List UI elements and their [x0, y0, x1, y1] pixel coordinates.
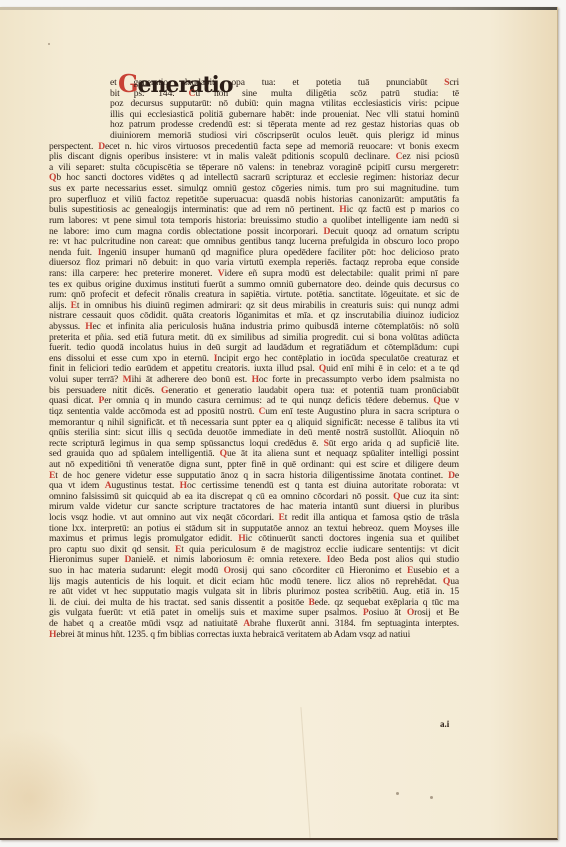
text-line: et generatio laudabit opa tua: et poteti… — [110, 78, 459, 89]
text-line: re aūt videt vt hec supputatio magis vul… — [49, 587, 459, 598]
rubricated-capital: Q — [433, 396, 440, 406]
text-run: tes ex quibus origine duximus instituti … — [49, 280, 459, 290]
text-run: usebio et a — [413, 566, 459, 576]
text-run: suo in hac materia sudarunt: elegit modū — [49, 566, 224, 576]
text-run: finit in feliciori tedio earūdem et appe… — [49, 364, 319, 374]
text-line: preterita et pñia. sed etiā futura metit… — [49, 333, 459, 344]
rubricated-capital: Q — [220, 449, 227, 459]
text-run: alijs. — [49, 301, 71, 311]
text-run: locis vsqz hodie. vt aut omnino aut vix … — [49, 513, 278, 523]
text-run: poz decursus supputarūt: nō dubiū: quin … — [110, 99, 459, 109]
text-line: suo in hac materia sudarunt: elegit modū… — [49, 566, 459, 577]
rubricated-capital: H — [85, 322, 92, 332]
text-run: ecuit quoqz ad ornatum scriptu — [330, 227, 459, 237]
rubricated-capital: H — [238, 534, 245, 544]
text-run: ne labore: imo cum magna cordis oblectat… — [49, 227, 324, 237]
text-run: ūt ergo arida q ad supficiē lite. — [329, 439, 459, 449]
text-run: b hoc sancti doctores vidētes q ad intel… — [56, 173, 459, 183]
text-run: et generatio laudabit opa tua: et poteti… — [110, 78, 444, 88]
text-line: finit in feliciori tedio earūdem et appe… — [49, 364, 459, 375]
text-run: illis qui ecclesiasticā politiā gubernar… — [110, 110, 459, 120]
text-run: qua vt idem — [49, 481, 105, 491]
text-line: Et de hoc genere videtur esse supputatio… — [49, 471, 459, 482]
text-run: mirum valde videtur cur sancte scripture… — [49, 502, 459, 512]
text-line: tes ex quibus origine duximus instituti … — [49, 280, 459, 291]
text-line: gis vulgata fuerūt: vt etiā patet in ome… — [49, 608, 459, 619]
text-line: omnino falsissimū sit quicquid ab ea ita… — [49, 492, 459, 503]
text-run: um enī teste Augustino plura in sacra sc… — [265, 407, 459, 417]
text-line: sed grauida quo ad spūalem intelligentiā… — [49, 449, 459, 460]
text-run: ens dissolui et esse cum xpo in eternū. — [49, 354, 214, 364]
text-line: diuiniorem memoriā studiosi viri cōscrip… — [110, 131, 459, 142]
text-run: rum: qnō profecit et defecit rōnalis cre… — [49, 290, 459, 300]
text-line: tione lxx. interpretū: an potius ei stād… — [49, 524, 459, 535]
text-line: aut nō expeditiōni tñ veneratōe digna su… — [49, 460, 459, 471]
text-run: qnūis sterilia sint: sicut illis q secūd… — [49, 428, 459, 438]
text-line: hoz patrum prodesse credendū est: si tēp… — [110, 120, 459, 131]
rubricated-capital: D — [448, 471, 455, 481]
text-run: ihi āt adherere deo bonū est. — [132, 375, 252, 385]
text-run: ua — [450, 577, 459, 587]
text-run: t in omnibus his diuinū regimen admirari… — [77, 301, 459, 311]
text-run: ugustinus testat. — [112, 481, 180, 491]
text-run: ic qz factū est p marios co — [347, 205, 459, 215]
text-run: rosij qui sano cōcorditer cū Hieronimo e… — [231, 566, 407, 576]
text-line: re: vt hac pulcritudine non careat: que … — [49, 237, 459, 248]
rubricated-capital: V — [218, 269, 225, 279]
text-run: tione lxx. interpretū: an potius ei stād… — [49, 524, 459, 534]
text-run: hoz patrum prodesse credendū est: si tēp… — [110, 120, 459, 130]
book-page: Generatio et generatio laudabit opa tua:… — [0, 7, 558, 840]
text-run: li. de ciui. dei multa de his tractat. s… — [49, 598, 309, 608]
text-line: qnūis sterilia sint: sicut illis q secūd… — [49, 428, 459, 439]
text-run: deo Beda post alios qui studio — [330, 555, 459, 565]
text-run: ebrei āt minus hñt. 1235. q fm biblias c… — [56, 630, 410, 640]
text-run: nenda fuit. — [49, 248, 98, 258]
text-run: bulis supestitiosis ac genealogijs inter… — [49, 205, 339, 215]
text-run: ic cōtinuerūt sancti doctores ingenia su… — [246, 534, 459, 544]
text-run: uid enī mihi ē in celo: et a te qd — [326, 364, 459, 374]
text-run: aut nō expeditiōni tñ veneratōe digna su… — [49, 460, 459, 470]
text-run: ez nisi pciosū — [402, 152, 459, 162]
text-line: bulis supestitiosis ac genealogijs inter… — [49, 205, 459, 216]
text-run: eneratio et generatio laudabit opera tua… — [168, 386, 459, 396]
text-run: tiqz sententia valde accōmoda est ad ppo… — [49, 407, 258, 417]
text-line: bis persuadere nitit dicēs. Generatio et… — [49, 386, 459, 397]
paper-speck — [48, 43, 50, 45]
text-run: osiuo āt — [369, 608, 407, 618]
text-line: abyssus. Hec et infinita alia periculosi… — [49, 322, 459, 333]
text-line: diuersoz floz primari nō debuit: in quo … — [49, 258, 459, 269]
rubricated-capital: Q — [319, 364, 326, 374]
text-run: gis vulgata fuerūt: vt etiā patet in ome… — [49, 608, 363, 618]
text-line: locis vsqz hodie. vt aut omnino aut vix … — [49, 513, 459, 524]
text-run: volui super terrā? — [49, 375, 123, 385]
text-run: re aūt videt vt hec supputatio magis vul… — [49, 587, 459, 597]
text-line: nistrare cessauit quos cōdidit. quāta cr… — [49, 311, 459, 322]
text-line: quasi dicat. Per omnia q in mundo casura… — [49, 396, 459, 407]
text-line: memorantur q nihil significāt. et tñ nec… — [49, 418, 459, 429]
text-run: rosij et Be — [414, 608, 459, 618]
text-run: ue āt ita aliena sunt et nequaqz spūalit… — [227, 449, 459, 459]
text-run: ue cuz ita sint: — [400, 492, 459, 502]
text-line: volui super terrā? Mihi āt adherere deo … — [49, 375, 459, 386]
text-run: ue v — [441, 396, 459, 406]
text-run: omnino falsissimū sit quicquid ab ea ita… — [49, 492, 393, 502]
text-line: qua vt idem Augustinus testat. Hoc certi… — [49, 481, 459, 492]
text-line: rans: illa carpere: hec preterire monere… — [49, 269, 459, 280]
text-run: brahe fluxerūt anni. 3184. fm septuagint… — [250, 619, 459, 629]
text-line: Qb hoc sancti doctores vidētes q ad inte… — [49, 173, 459, 184]
rubricated-capital: A — [105, 481, 112, 491]
text-line: plis discant dignis operibus insistere: … — [49, 152, 459, 163]
text-run: rum labores: vt pene simul tota temporis… — [49, 216, 459, 226]
text-run: sus ex parte necessarius esset. simulqz … — [49, 184, 459, 194]
text-line: perspectent. Decet n. hic viros virtuoso… — [49, 142, 459, 153]
rubricated-capital: H — [180, 481, 187, 491]
text-run: cri — [449, 78, 459, 88]
rubricated-capital: A — [243, 619, 250, 629]
text-line: nenda fuit. Ingeniū insuper humanū qd ma… — [49, 248, 459, 259]
rubricated-capital: D — [98, 142, 105, 152]
text-run: anielē. et nimis laboriosum ē: omnia ret… — [131, 555, 327, 565]
text-line: a vili separet: stulta cōcupiscētia se t… — [49, 163, 459, 174]
text-run: abyssus. — [49, 322, 85, 332]
text-run: ncipit ergo hec contēplatio in iocūda sp… — [217, 354, 459, 364]
text-run: idere eñ supra modū est delectabile: qua… — [225, 269, 459, 279]
text-run: a vili separet: stulta cōcupiscētia se t… — [49, 163, 459, 173]
text-run: sed grauida quo ad spūalem intelligentiā… — [49, 449, 220, 459]
text-line: ne labore: imo cum magna cordis oblectat… — [49, 227, 459, 238]
text-line: lijs magis autenticis de his loquit. et … — [49, 577, 459, 588]
text-line: tiqz sententia valde accōmoda est ad ppo… — [49, 407, 459, 418]
text-line: mirum valde videtur cur sancte scripture… — [49, 502, 459, 513]
text-line: li. de ciui. dei multa de his tractat. s… — [49, 598, 459, 609]
text-run: perspectent. — [49, 142, 98, 152]
text-run: preterita et pñia. sed etiā futura metit… — [49, 333, 459, 343]
text-run: diuersoz floz primari nō debuit: in quo … — [49, 258, 459, 268]
text-run: bit ps. 144. — [110, 89, 189, 99]
rubricated-capital: H — [252, 375, 259, 385]
text-run: memorantur q nihil significāt. et tñ nec… — [49, 418, 459, 428]
text-run: ec et infinita alia periculosis huāna in… — [93, 322, 459, 332]
signature-mark: a.i — [440, 719, 449, 729]
text-run: pro superfluoz et viliū factoz repetitōe… — [49, 195, 459, 205]
rubricated-capital: M — [123, 375, 132, 385]
text-block: et generatio laudabit opa tua: et poteti… — [49, 78, 459, 640]
text-run: Hieronimus super — [49, 555, 124, 565]
text-run: er omnia q in mundo casura cernimus: ad … — [104, 396, 433, 406]
text-line: fuerit. tedio quodā incolatus huius in d… — [49, 343, 459, 354]
text-line: Hebrei āt minus hñt. 1235. q fm biblias … — [49, 630, 459, 641]
paper-speck — [430, 796, 433, 799]
text-run: oc certissime tenendū est q tanta est di… — [187, 481, 459, 491]
text-run: ecet n. hic viros virtuosos precedentiū … — [105, 142, 459, 152]
text-line: illis qui ecclesiasticā politiā gubernar… — [110, 110, 459, 121]
text-line: alijs. Et in omnibus his diuinū regimen … — [49, 301, 459, 312]
text-line: rum: qnō profecit et defecit rōnalis cre… — [49, 290, 459, 301]
text-run: oc forte in precassumpto verbo idem psal… — [259, 375, 459, 385]
text-line: Hieronimus super Danielē. et nimis labor… — [49, 555, 459, 566]
text-run: de habet q a creatōe mūdi vsqz ad natiui… — [49, 619, 243, 629]
text-line: de habet q a creatōe mūdi vsqz ad natiui… — [49, 619, 459, 630]
text-run: e — [455, 471, 459, 481]
text-run: ngeniū insuper humanū qd magnifice plura… — [101, 248, 459, 258]
text-line: recte scripturā legimus in qua semp spūs… — [49, 439, 459, 450]
text-run: t de hoc genere videtur esse supputatio … — [55, 471, 448, 481]
text-run: recte scripturā legimus in qua semp spūs… — [49, 439, 324, 449]
paper-speck — [396, 792, 399, 795]
text-run: lijs magis autenticis de his loquit. et … — [49, 577, 443, 587]
text-line: maximus et primus legis promulgator edid… — [49, 534, 459, 545]
text-line: bit ps. 144. Cū non sine multa diligētia… — [110, 89, 459, 100]
text-line: rum labores: vt pene simul tota temporis… — [49, 216, 459, 227]
text-line: poz decursus supputarūt: nō dubiū: quin … — [110, 99, 459, 110]
text-run: nistrare cessauit quos cōdidit. quāta cr… — [49, 311, 459, 321]
rubricated-capital: H — [339, 205, 346, 215]
text-run: re: vt hac pulcritudine non careat: que … — [49, 237, 459, 247]
text-line: ens dissolui et esse cum xpo in eternū. … — [49, 354, 459, 365]
text-line: sus ex parte necessarius esset. simulqz … — [49, 184, 459, 195]
text-run: fuerit. tedio quodā incolatus huius in d… — [49, 343, 459, 353]
text-run: ede. qz sequebat exēplaria q tūc ma — [315, 598, 459, 608]
text-run: rans: illa carpere: hec preterire monere… — [49, 269, 218, 279]
paper-crease — [300, 707, 310, 838]
text-run: t redit illa antiqua et famosa qstio de … — [285, 513, 459, 523]
text-line: pro superfluoz et viliū factoz repetitōe… — [49, 195, 459, 206]
text-run: pro captu suo dixit qd sensit. — [49, 545, 175, 555]
text-run: maximus et primus legis promulgator edid… — [49, 534, 238, 544]
text-run: bis persuadere nitit dicēs. — [49, 386, 161, 396]
text-run: quasi dicat. — [49, 396, 98, 406]
scan-viewport: Generatio et generatio laudabit opa tua:… — [0, 0, 566, 847]
rubricated-capital: O — [224, 566, 231, 576]
text-run: diuiniorem memoriā studiosi viri cōscrip… — [110, 131, 459, 141]
text-run: t quia periculosum ē de magistroz ecclie… — [181, 545, 459, 555]
text-run: plis discant dignis operibus insistere: … — [49, 152, 396, 162]
text-run: ū non sine multa diligētia scōz patrū st… — [195, 89, 459, 99]
text-line: pro captu suo dixit qd sensit. Et quia p… — [49, 545, 459, 556]
